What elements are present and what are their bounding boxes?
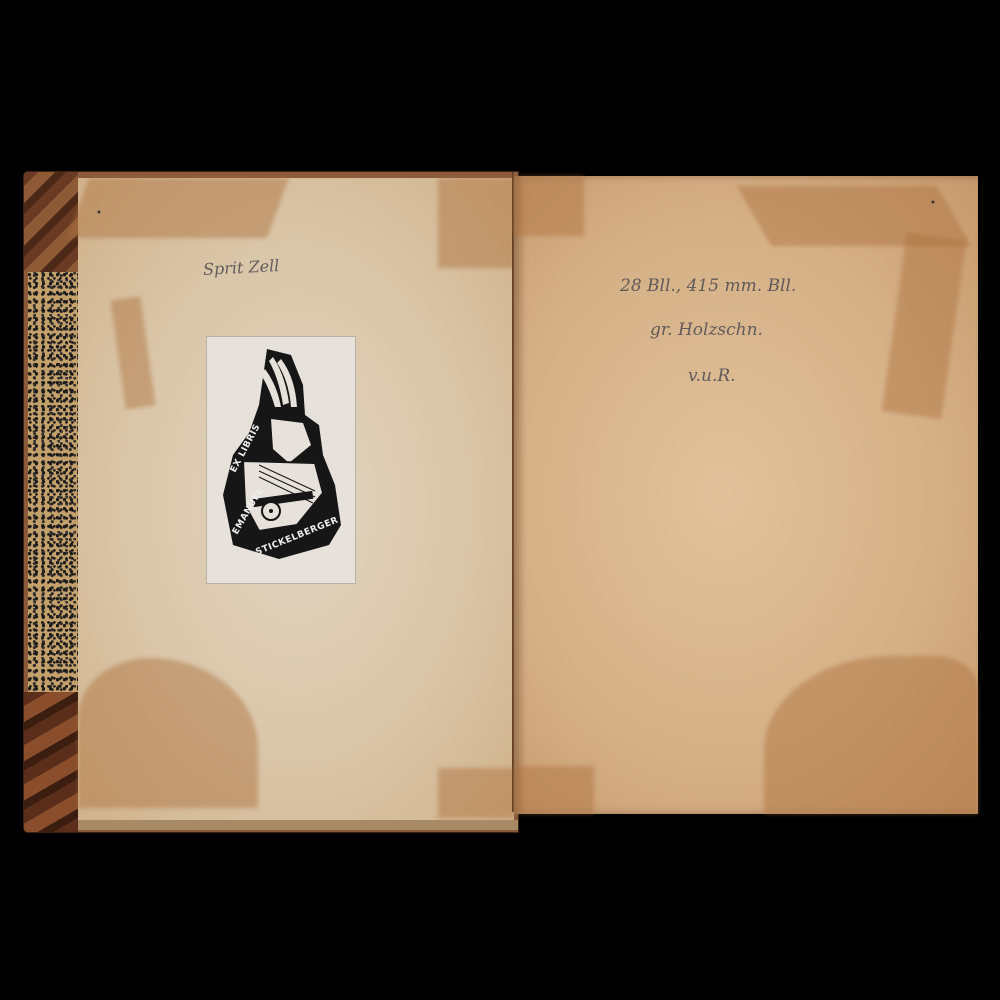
water-stain [514, 176, 584, 236]
pencil-note-collation: 28 Bll., 415 mm. Bll. [620, 276, 796, 296]
marbled-corner-bottom [24, 692, 78, 832]
water-stain [110, 296, 155, 409]
pencil-note-woodcuts: gr. Holzschn. [650, 320, 763, 340]
water-stain [764, 656, 978, 814]
pencil-note-left: Sprit Zell [203, 256, 280, 279]
speckled-spine-paper [28, 272, 78, 692]
water-stain [882, 233, 966, 420]
ink-speck: • [930, 198, 936, 209]
marbled-corner-top [24, 172, 78, 272]
ex-libris-bookplate: EX LIBRIS EMANUEL STICKELBERGER [207, 337, 355, 583]
pencil-note-initials: v.u.R. [688, 366, 736, 386]
open-book: EX LIBRIS EMANUEL STICKELBERGER Sprit Ze… [0, 0, 1000, 1000]
water-stain [438, 178, 514, 268]
ink-speck: • [96, 208, 102, 219]
water-stain [78, 658, 258, 808]
water-stain [438, 768, 514, 818]
page-edge [78, 820, 518, 830]
heraldic-crest-icon: EX LIBRIS EMANUEL STICKELBERGER [219, 345, 343, 575]
front-endpaper [514, 176, 978, 814]
water-stain [514, 766, 594, 814]
